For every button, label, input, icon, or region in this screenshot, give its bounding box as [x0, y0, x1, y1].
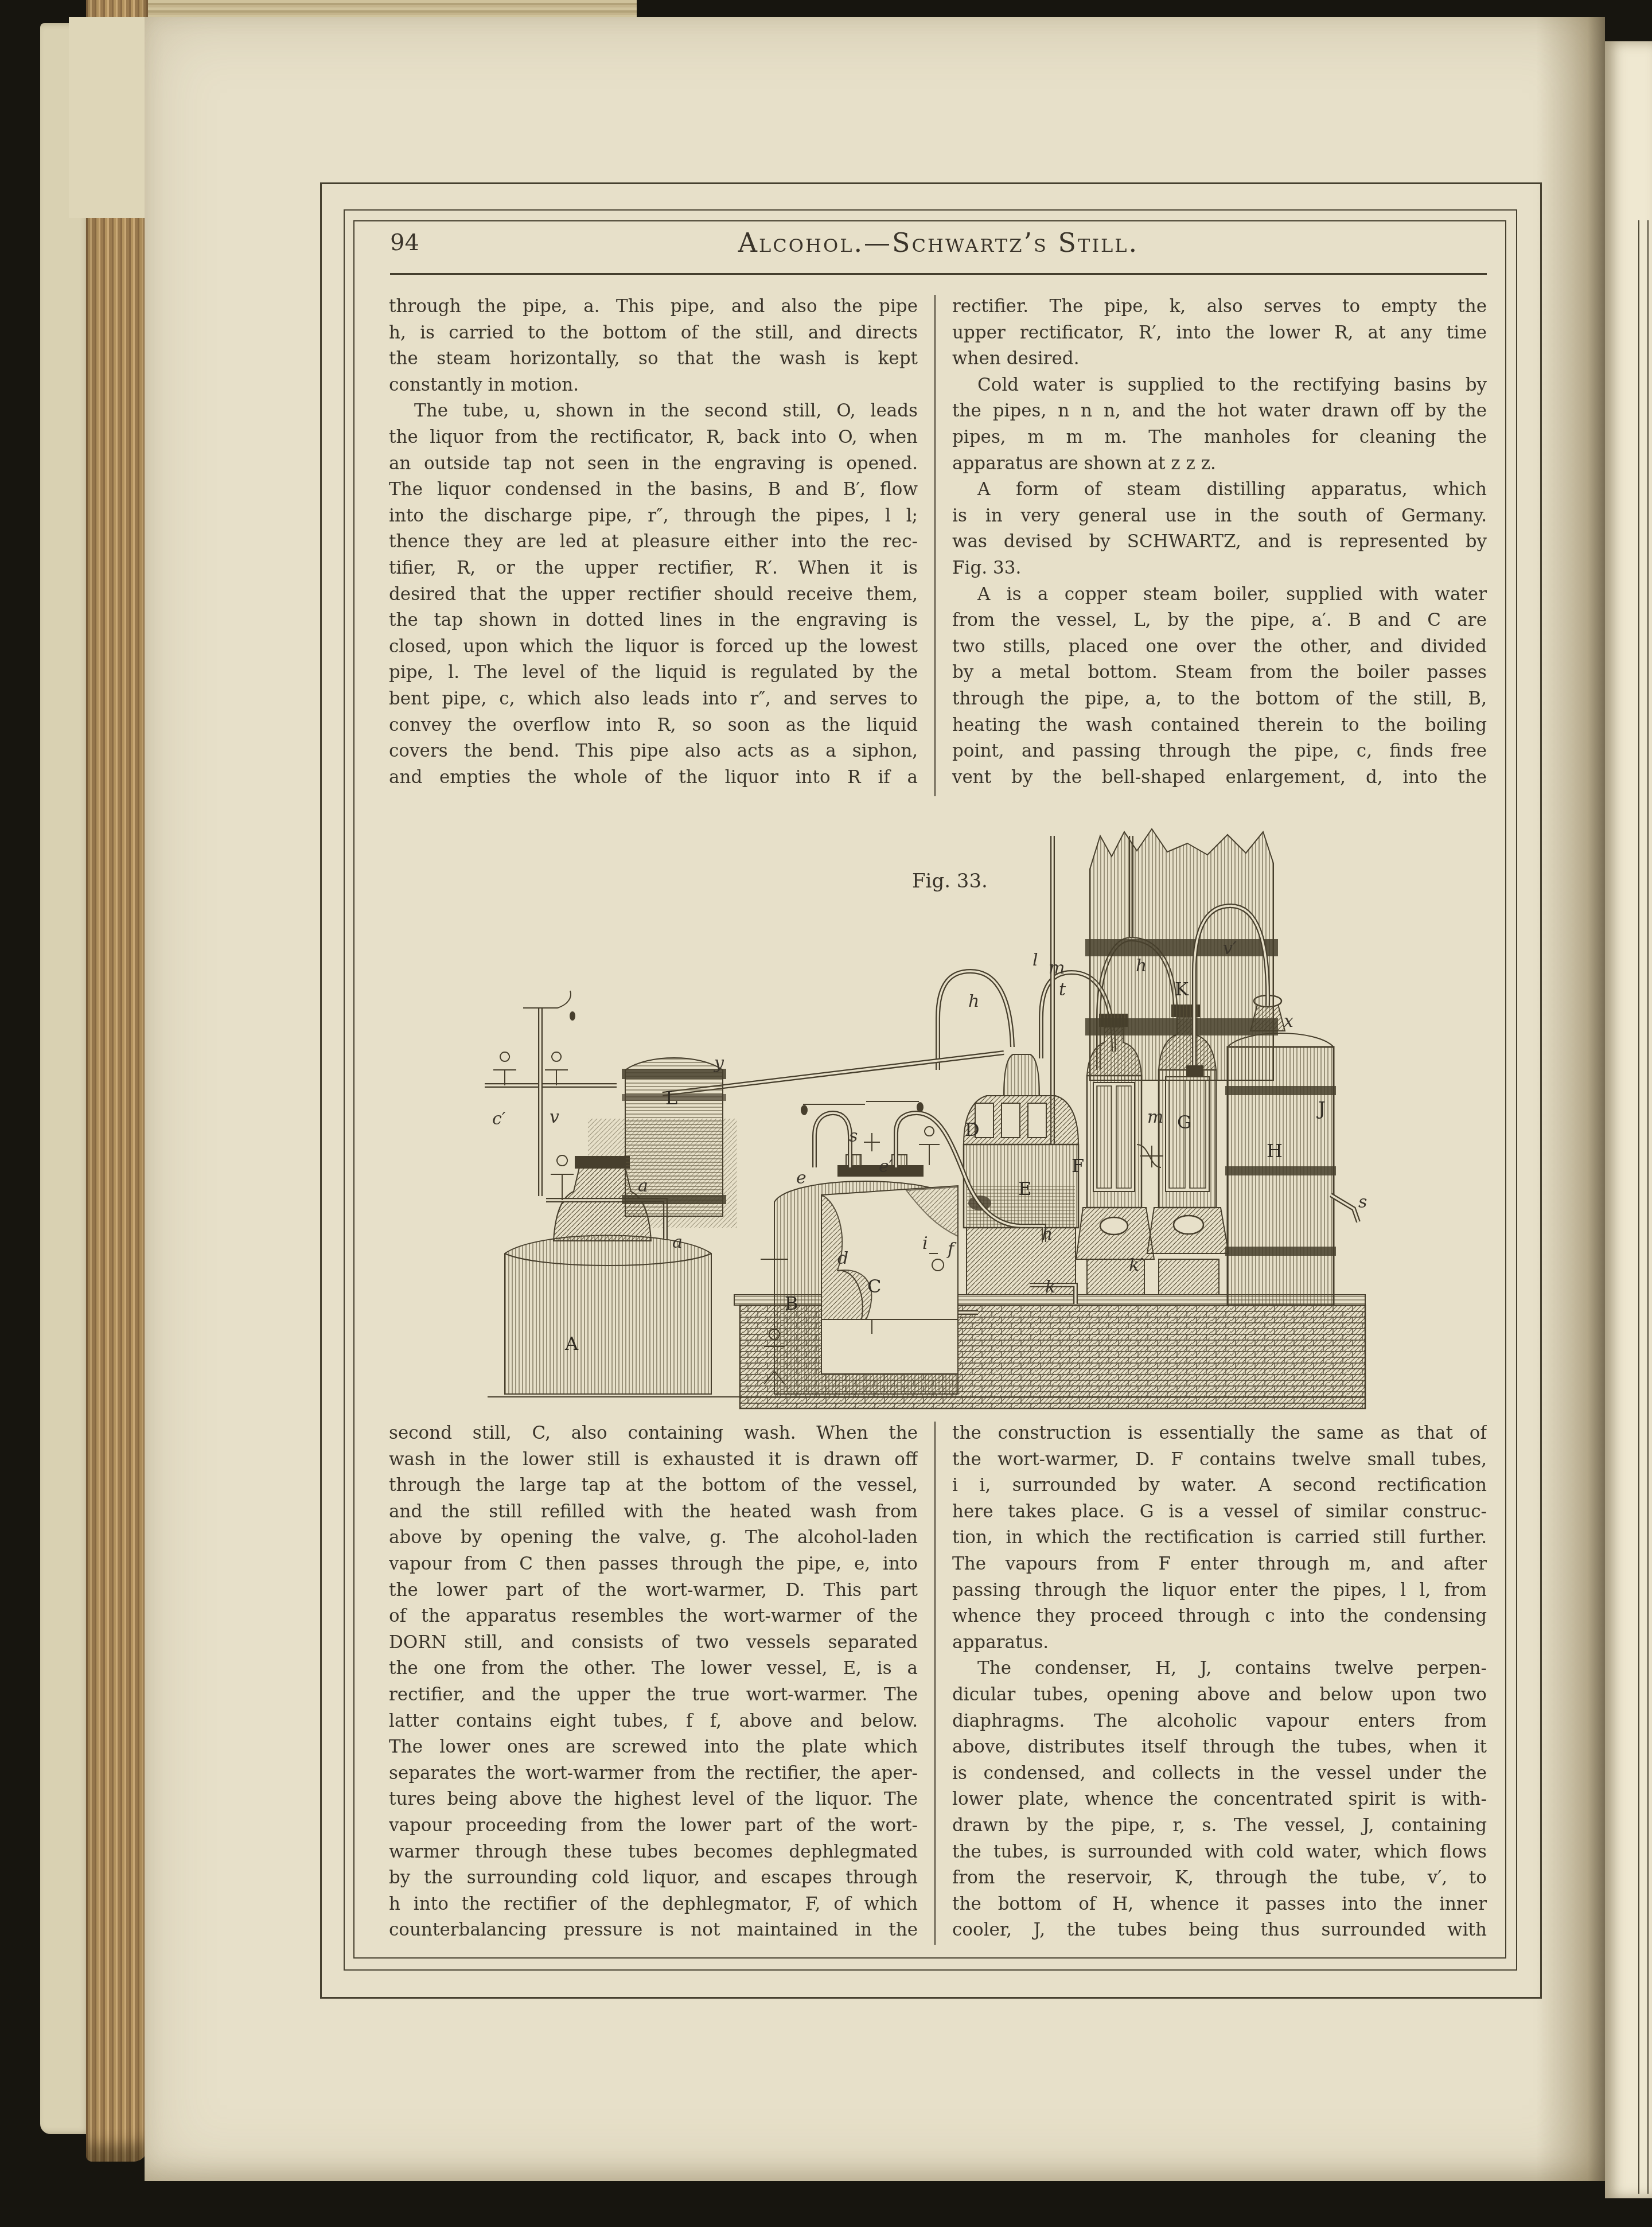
text-line: apparatus. [952, 1630, 1487, 1656]
text-line: the tap shown in dotted lines in the eng… [389, 608, 918, 634]
text-line: The condenser, H, J, contains twelve per… [952, 1656, 1487, 1682]
label-h: h [968, 991, 979, 1011]
text-line: covers the bend. This pipe also acts as … [389, 738, 918, 765]
label-a: a [638, 1176, 648, 1196]
text-line: the one from the other. The lower vessel… [389, 1656, 918, 1682]
label-D: D [965, 1119, 980, 1140]
next-page-sliver [1605, 41, 1652, 2198]
label-d: d [837, 1248, 848, 1268]
page-stack-top-edge [143, 0, 637, 20]
text-line: tures being above the highest level of t… [389, 1786, 918, 1813]
reservoir-K-barrel [1085, 829, 1278, 1080]
label-h2: h [1136, 956, 1147, 976]
text-line: the wort-warmer, D. F contains twelve sm… [952, 1447, 1487, 1473]
column-divider-upper [934, 295, 936, 796]
column-lower-left: second still, C, also containing wash. W… [389, 1420, 918, 1944]
text-line: separates the wort-warmer from the recti… [389, 1761, 918, 1787]
text-line: an outside tap not seen in the engraving… [389, 451, 918, 477]
text-line: through the large tap at the bottom of t… [389, 1473, 918, 1499]
text-line: tion, in which the rectification is carr… [952, 1525, 1487, 1551]
label-L: L [665, 1087, 677, 1109]
book-scan: 94 Alcohol.—Schwartz’s Still. through th… [0, 0, 1652, 2227]
text-line: was devised by SCHWARTZ, and is represen… [952, 529, 1487, 555]
label-t: t [1059, 980, 1066, 1000]
endpaper-sliver [40, 23, 91, 2134]
page-curl-shadow [1536, 17, 1605, 2181]
label-c-prime: c′ [492, 1109, 506, 1129]
text-line: here takes place. G is a vessel of simil… [952, 1499, 1487, 1525]
text-line: desired that the upper rectifier should … [389, 582, 918, 608]
text-line: is condensed, and collects in the vessel… [952, 1761, 1487, 1787]
header-rule [390, 273, 1487, 275]
text-line: drawn by the pipe, r, s. The vessel, J, … [952, 1813, 1487, 1839]
label-a2: a [672, 1232, 683, 1252]
label-k-prime: k′ [1129, 1255, 1143, 1275]
text-line: DORN still, and consists of two vessels … [389, 1630, 918, 1656]
text-line: the tubes, is surrounded with cold water… [952, 1839, 1487, 1866]
column-divider-lower [934, 1422, 936, 1945]
text-line: The tube, u, shown in the second still, … [389, 398, 918, 425]
text-line: latter contains eight tubes, f f, above … [389, 1708, 918, 1735]
text-line: The vapours from F enter through m, and … [952, 1551, 1487, 1578]
next-page-frame-line [1638, 220, 1639, 2194]
figure-33-engraving: Fig. 33. [470, 800, 1388, 1426]
column-upper-left: through the pipe, a. This pipe, and also… [389, 294, 918, 791]
text-line: two stills, placed one over the other, a… [952, 634, 1487, 660]
text-line: the lower part of the wort-warmer, D. Th… [389, 1578, 918, 1604]
text-line: Fig. 33. [952, 555, 1487, 582]
label-l: l [1032, 950, 1038, 970]
label-s: s [849, 1126, 858, 1146]
label-v: v [550, 1107, 559, 1127]
label-C: C [867, 1275, 881, 1297]
text-line: vapour from C then passes through the pi… [389, 1551, 918, 1578]
label-e: e [796, 1168, 806, 1188]
text-line: of the apparatus resembles the wort-warm… [389, 1603, 918, 1630]
label-J: J [1316, 1097, 1326, 1119]
text-line: point, and passing through the pipe, c, … [952, 738, 1487, 765]
text-line: the liquor from the rectificator, R, bac… [389, 425, 918, 451]
column-lower-right: the construction is essentially the same… [952, 1420, 1487, 1944]
text-line: the pipes, n n n, and the hot water draw… [952, 398, 1487, 425]
label-v-prime: v′ [1223, 939, 1237, 959]
running-head-title: Alcohol.—Schwartz’s Still. [390, 227, 1487, 258]
text-line: closed, upon which the liquor is forced … [389, 634, 918, 660]
text-line: is in very general use in the south of G… [952, 503, 1487, 530]
text-line: constantly in motion. [389, 372, 918, 399]
label-x: x [1284, 1011, 1293, 1031]
label-i: i [922, 1233, 928, 1253]
text-line: dicular tubes, opening above and below u… [952, 1682, 1487, 1708]
column-upper-right: rectifier. The pipe, k, also serves to e… [952, 294, 1487, 791]
text-line: i i, surrounded by water. A second recti… [952, 1473, 1487, 1499]
label-H: H [1267, 1140, 1283, 1162]
label-m: m [1049, 958, 1065, 978]
text-line: h, is carried to the bottom of the still… [389, 320, 918, 346]
text-line: wash in the lower still is exhausted it … [389, 1447, 918, 1473]
figure-caption: Fig. 33. [912, 870, 988, 893]
text-line: through the pipe, a. This pipe, and also… [389, 294, 918, 320]
text-line: diaphragms. The alcoholic vapour enters … [952, 1708, 1487, 1735]
text-line: Cold water is supplied to the rectifying… [952, 372, 1487, 399]
text-line: lower plate, whence the concentrated spi… [952, 1786, 1487, 1813]
text-line: bent pipe, c, which also leads into r″, … [389, 686, 918, 713]
text-line: The lower ones are screwed into the plat… [389, 1734, 918, 1761]
text-line: into the discharge pipe, r″, through the… [389, 503, 918, 530]
text-line: above by opening the valve, g. The alcoh… [389, 1525, 918, 1551]
text-line: thence they are led at pleasure either i… [389, 529, 918, 555]
text-line: A form of steam distilling apparatus, wh… [952, 477, 1487, 503]
next-page-frame-line [1647, 220, 1649, 2194]
label-h3: h [1042, 1224, 1053, 1244]
text-line: by a metal bottom. Steam from the boiler… [952, 660, 1487, 686]
text-line: apparatus are shown at z z z. [952, 451, 1487, 477]
text-line: pipe, l. The level of the liquid is regu… [389, 660, 918, 686]
text-line: h into the rectifier of the dephlegmator… [389, 1891, 918, 1918]
label-A: A [564, 1333, 579, 1354]
text-line: warmer through these tubes becomes dephl… [389, 1839, 918, 1866]
text-line: and the still refilled with the heated w… [389, 1499, 918, 1525]
label-B: B [785, 1292, 798, 1314]
text-line: cooler, J, the tubes being thus surround… [952, 1917, 1487, 1944]
text-line: rectifier, and the upper the true wort-w… [389, 1682, 918, 1708]
text-line: rectifier. The pipe, k, also serves to e… [952, 294, 1487, 320]
label-e-prime: e′ [879, 1157, 893, 1177]
text-line: from the reservoir, K, through the tube,… [952, 1865, 1487, 1891]
text-line: heating the wash contained therein to th… [952, 713, 1487, 739]
text-line: the bottom of H, whence it passes into t… [952, 1891, 1487, 1918]
text-line: the steam horizontally, so that the wash… [389, 346, 918, 372]
text-line: passing through the liquor enter the pip… [952, 1578, 1487, 1604]
text-line: from the vessel, L, by the pipe, a′. B a… [952, 608, 1487, 634]
text-line: above, distributes itself through the tu… [952, 1734, 1487, 1761]
label-m2: m [1147, 1107, 1163, 1127]
text-line: The liquor condensed in the basins, B an… [389, 477, 918, 503]
label-y: y [713, 1053, 724, 1073]
text-line: through the pipe, a, to the bottom of th… [952, 686, 1487, 713]
label-G: G [1177, 1111, 1192, 1133]
label-E: E [1018, 1178, 1031, 1200]
text-line: upper rectificator, R′, into the lower R… [952, 320, 1487, 346]
text-line: when desired. [952, 346, 1487, 372]
text-line: by the surrounding cold liquor, and esca… [389, 1865, 918, 1891]
label-F: F [1072, 1155, 1084, 1177]
text-line: A is a copper steam boiler, supplied wit… [952, 582, 1487, 608]
text-line: vapour proceeding from the lower part of… [389, 1813, 918, 1839]
text-line: whence they proceed through c into the c… [952, 1603, 1487, 1630]
text-line: tifier, R, or the upper rectifier, R′. W… [389, 555, 918, 582]
text-line: and empties the whole of the liquor into… [389, 765, 918, 791]
text-line: convey the overflow into R, so soon as t… [389, 713, 918, 739]
text-line: pipes, m m m. The manholes for cleaning … [952, 425, 1487, 451]
text-line: counterbalancing pressure is not maintai… [389, 1917, 918, 1944]
label-s2: s [1358, 1192, 1367, 1212]
page-stack-fore-edge [86, 0, 148, 2162]
label-K: K [1175, 978, 1189, 1000]
text-line: vent by the bell-shaped enlargement, d, … [952, 765, 1487, 791]
label-k: k [1045, 1277, 1055, 1297]
